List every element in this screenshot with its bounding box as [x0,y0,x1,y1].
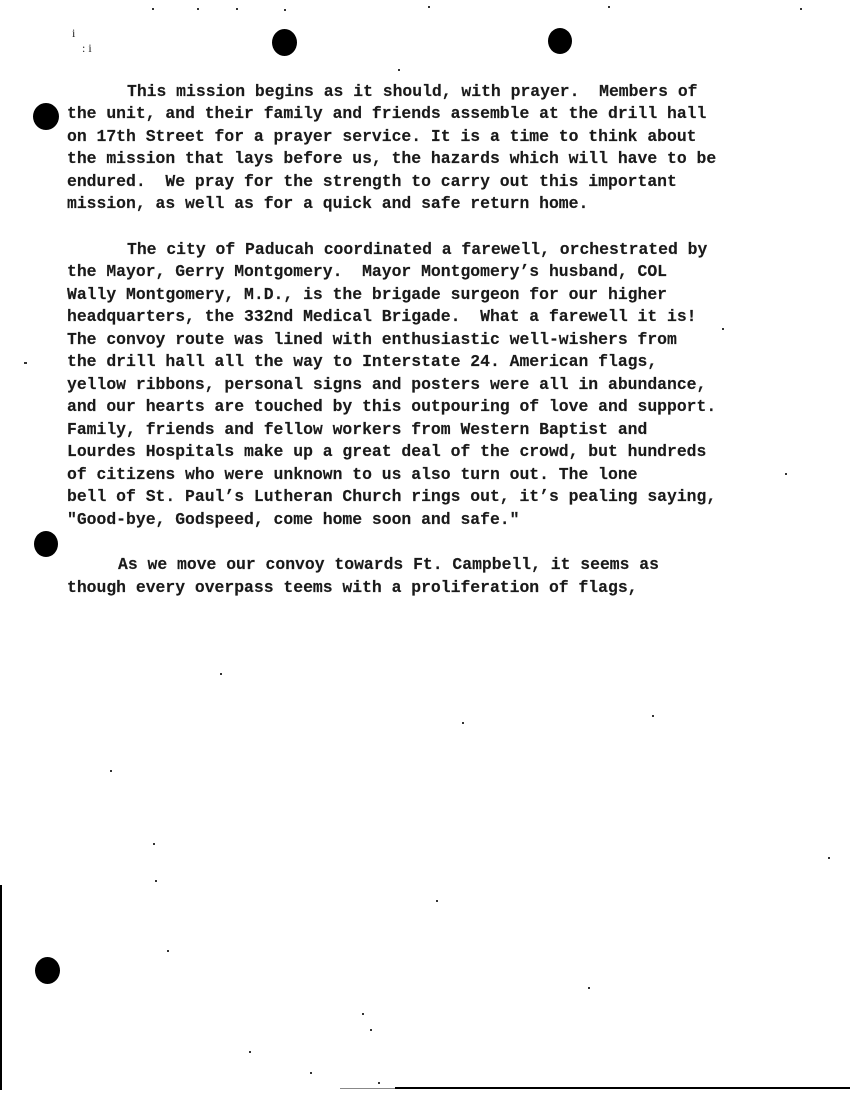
scan-speck [197,8,199,10]
scan-speck [152,8,154,10]
text-line: though every overpass teems with a proli… [67,579,638,597]
scan-speck [236,8,238,10]
text-line: The city of Paducah coordinated a farewe… [127,241,707,259]
text-line: Lourdes Hospitals make up a great deal o… [67,443,706,461]
header-scan-mark: : i [82,41,92,56]
scan-speck [167,950,169,952]
text-line: Wally Montgomery, M.D., is the brigade s… [67,286,667,304]
punch-hole [34,531,58,557]
scan-bottom-edge [340,1088,395,1089]
text-line: yellow ribbons, personal signs and poste… [67,376,706,394]
scan-speck [310,1072,312,1074]
scan-speck [155,880,157,882]
punch-hole [272,29,297,56]
scan-speck [828,857,830,859]
text-line: of citizens who were unknown to us also … [67,466,638,484]
text-line: The convoy route was lined with enthusia… [67,331,677,349]
text-line: endured. We pray for the strength to car… [67,173,677,191]
scan-speck [370,1029,372,1031]
text-line: bell of St. Paul’s Lutheran Church rings… [67,488,716,506]
scan-speck [362,1013,364,1015]
text-line: on 17th Street for a prayer service. It … [67,128,697,146]
scan-speck [436,900,438,902]
text-line: Family, friends and fellow workers from … [67,421,647,439]
text-line: This mission begins as it should, with p… [127,83,698,101]
text-line: and our hearts are touched by this outpo… [67,398,716,416]
scan-speck [378,1082,380,1084]
scan-speck [249,1051,251,1053]
text-line: headquarters, the 332nd Medical Brigade.… [67,308,697,326]
scan-speck [608,6,610,8]
punch-hole [33,103,59,130]
header-scan-mark: i [72,26,75,41]
scan-speck [284,9,286,11]
scan-speck [24,362,27,364]
scan-speck [220,673,222,675]
scan-speck [800,8,802,10]
scan-speck [428,6,430,8]
scan-left-edge [0,885,2,1090]
scan-speck [153,843,155,845]
scan-speck [588,987,590,989]
scan-speck [110,770,112,772]
text-line: the drill hall all the way to Interstate… [67,353,657,371]
scan-speck [785,473,787,475]
punch-hole [548,28,572,54]
scan-bottom-edge [395,1087,850,1089]
text-line: mission, as well as for a quick and safe… [67,195,588,213]
punch-hole [35,957,60,984]
text-line: the mission that lays before us, the haz… [67,150,716,168]
text-line: the Mayor, Gerry Montgomery. Mayor Montg… [67,263,667,281]
text-line: "Good-bye, Godspeed, come home soon and … [67,511,519,529]
text-line: As we move our convoy towards Ft. Campbe… [118,556,659,574]
scanned-document-page: i : i This mission begins as it should, … [0,0,850,1095]
scan-speck [462,722,464,724]
scan-speck [722,328,724,330]
scan-speck [652,715,654,717]
text-line: the unit, and their family and friends a… [67,105,706,123]
scan-speck [398,69,400,71]
